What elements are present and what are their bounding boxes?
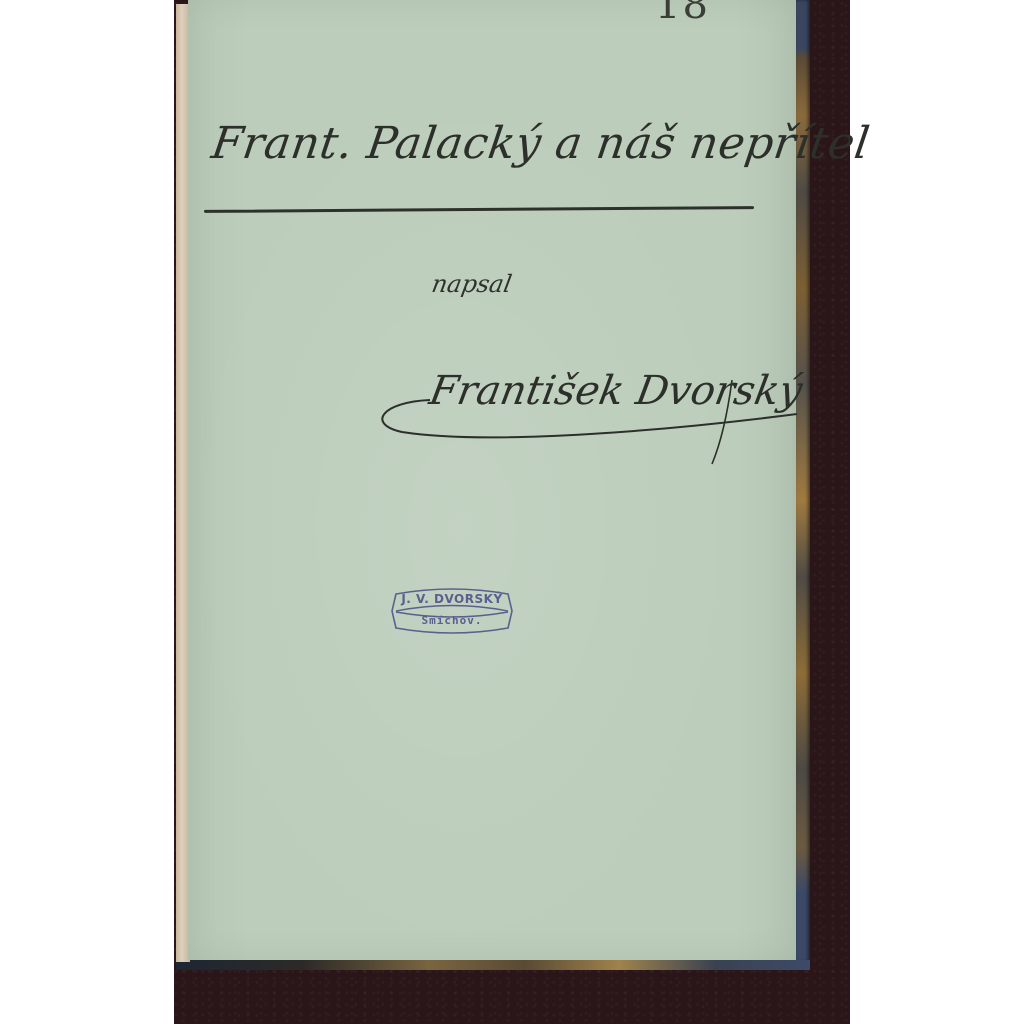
author-name: František Dvorský [426,368,806,414]
marbled-bottom-edge [176,960,810,970]
photo-scene: 18 Frant. Palacký a náš nepřítel napsal … [0,0,1024,1024]
ownership-stamp: J. V. DVORSKÝ Smíchov. [390,588,514,634]
stamp-line-1: J. V. DVORSKÝ [390,592,514,606]
stamp-line-2: Smíchov. [390,614,514,627]
byline: napsal [430,270,514,298]
page-number: 18 [655,0,710,28]
manuscript-title: Frant. Palacký a náš nepřítel [208,118,765,169]
